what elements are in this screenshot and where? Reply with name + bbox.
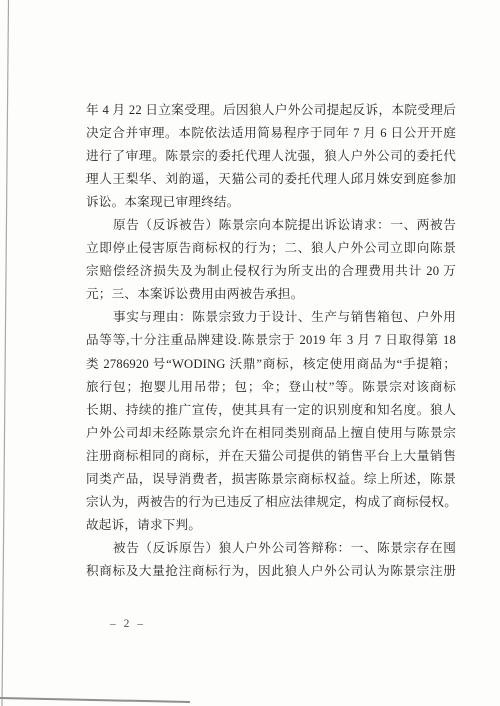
- document-line: 长期、持续的推广宣传，使其具有一定的识别度和知名度。狼人: [86, 399, 456, 422]
- page-left-edge-line: [2, 0, 9, 706]
- document-line: 宗认为，两被告的行为已违反了相应法律规定，构成了商标侵权。: [86, 491, 456, 514]
- document-line: 事实与理由：陈景宗致力于设计、生产与销售箱包、户外用: [86, 306, 456, 329]
- document-line: 进行了审理。陈景宗的委托代理人沈强，狼人户外公司的委托代: [86, 145, 456, 168]
- document-line: 旅行包；抱婴儿用吊带；包；伞；登山杖”等。陈景宗对该商标: [86, 376, 456, 399]
- document-line: 积商标及大量抢注商标行为，因此狼人户外公司认为陈景宗注册: [86, 560, 456, 583]
- document-line: 元；三、本案诉讼费用由两被告承担。: [86, 283, 456, 306]
- document-line: 故起诉，请求下判。: [86, 514, 456, 537]
- document-line: 原告（反诉被告）陈景宗向本院提出诉讼请求：一、两被告: [86, 214, 456, 237]
- document-line: 立即停止侵害原告商标权的行为；二、狼人户外公司立即向陈景: [86, 237, 456, 260]
- document-line: 理人王梨华、刘韵遥，天猫公司的委托代理人邱月姝安到庭参加: [86, 168, 456, 191]
- page-bottom-edge-line: [0, 698, 190, 702]
- document-line: 类 2786920 号“WODING 沃鼎”商标，核定使用商品为“手提箱；: [86, 353, 456, 376]
- document-line: 宗赔偿经济损失及为制止侵权行为所支出的合理费用共计 20 万: [86, 260, 456, 283]
- document-line: 年 4 月 22 日立案受理。后因狼人户外公司提起反诉，本院受理后: [86, 99, 456, 122]
- document-line: 户外公司却未经陈景宗允许在相同类别商品上擅自使用与陈景宗: [86, 422, 456, 445]
- document-body: 年 4 月 22 日立案受理。后因狼人户外公司提起反诉，本院受理后 决定合并审理…: [86, 99, 456, 583]
- document-line: 被告（反诉原告）狼人户外公司答辩称：一、陈景宗存在囤: [86, 537, 456, 560]
- document-line: 注册商标相同的商标，并在天猫公司提供的销售平台上大量销售: [86, 445, 456, 468]
- scanned-court-document-page: 年 4 月 22 日立案受理。后因狼人户外公司提起反诉，本院受理后 决定合并审理…: [0, 0, 500, 706]
- document-line: 品等等,十分注重品牌建设.陈景宗于 2019 年 3 月 7 日取得第 18: [86, 329, 456, 352]
- page-number: – 2 –: [110, 618, 146, 630]
- document-line: 同类产品，误导消费者，损害陈景宗商标权益。综上所述，陈景: [86, 468, 456, 491]
- document-line: 决定合并审理。本院依法适用简易程序于同年 7 月 6 日公开开庭: [86, 122, 456, 145]
- document-line: 诉讼。本案现已审理终结。: [86, 191, 456, 214]
